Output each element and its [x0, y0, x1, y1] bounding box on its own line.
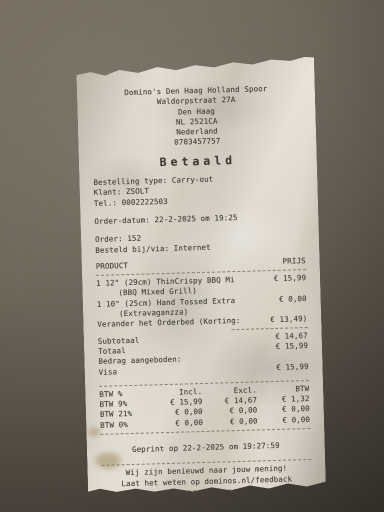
price-column-label: PRIJS: [282, 256, 305, 267]
payment-method: Visa: [99, 367, 118, 378]
product-price: € 0,00: [279, 294, 307, 305]
receipt-content: Domino's Den Haag Holland Spoor Waldorps…: [76, 53, 326, 494]
vat-rate: BTW 0%: [100, 419, 149, 431]
product-price: € 15,99: [274, 273, 307, 284]
product-column-label: PRODUCT: [96, 261, 129, 272]
photo-background: Domino's Den Haag Holland Spoor Waldorps…: [0, 0, 384, 512]
separator-short: [232, 327, 308, 330]
paid-status: Betaald: [93, 153, 303, 169]
receipt-paper: Domino's Den Haag Holland Spoor Waldorps…: [76, 53, 326, 495]
vat-amount: € 0,00: [257, 415, 310, 427]
vat-excl: € 0,00: [203, 416, 258, 428]
subtotal-label: Subtotaal: [98, 335, 140, 346]
payment-value: € 15,99: [276, 362, 309, 373]
total-value: € 15,99: [276, 341, 309, 352]
vat-incl: € 0,00: [148, 418, 203, 430]
discount-value: € 13,49): [270, 314, 307, 325]
